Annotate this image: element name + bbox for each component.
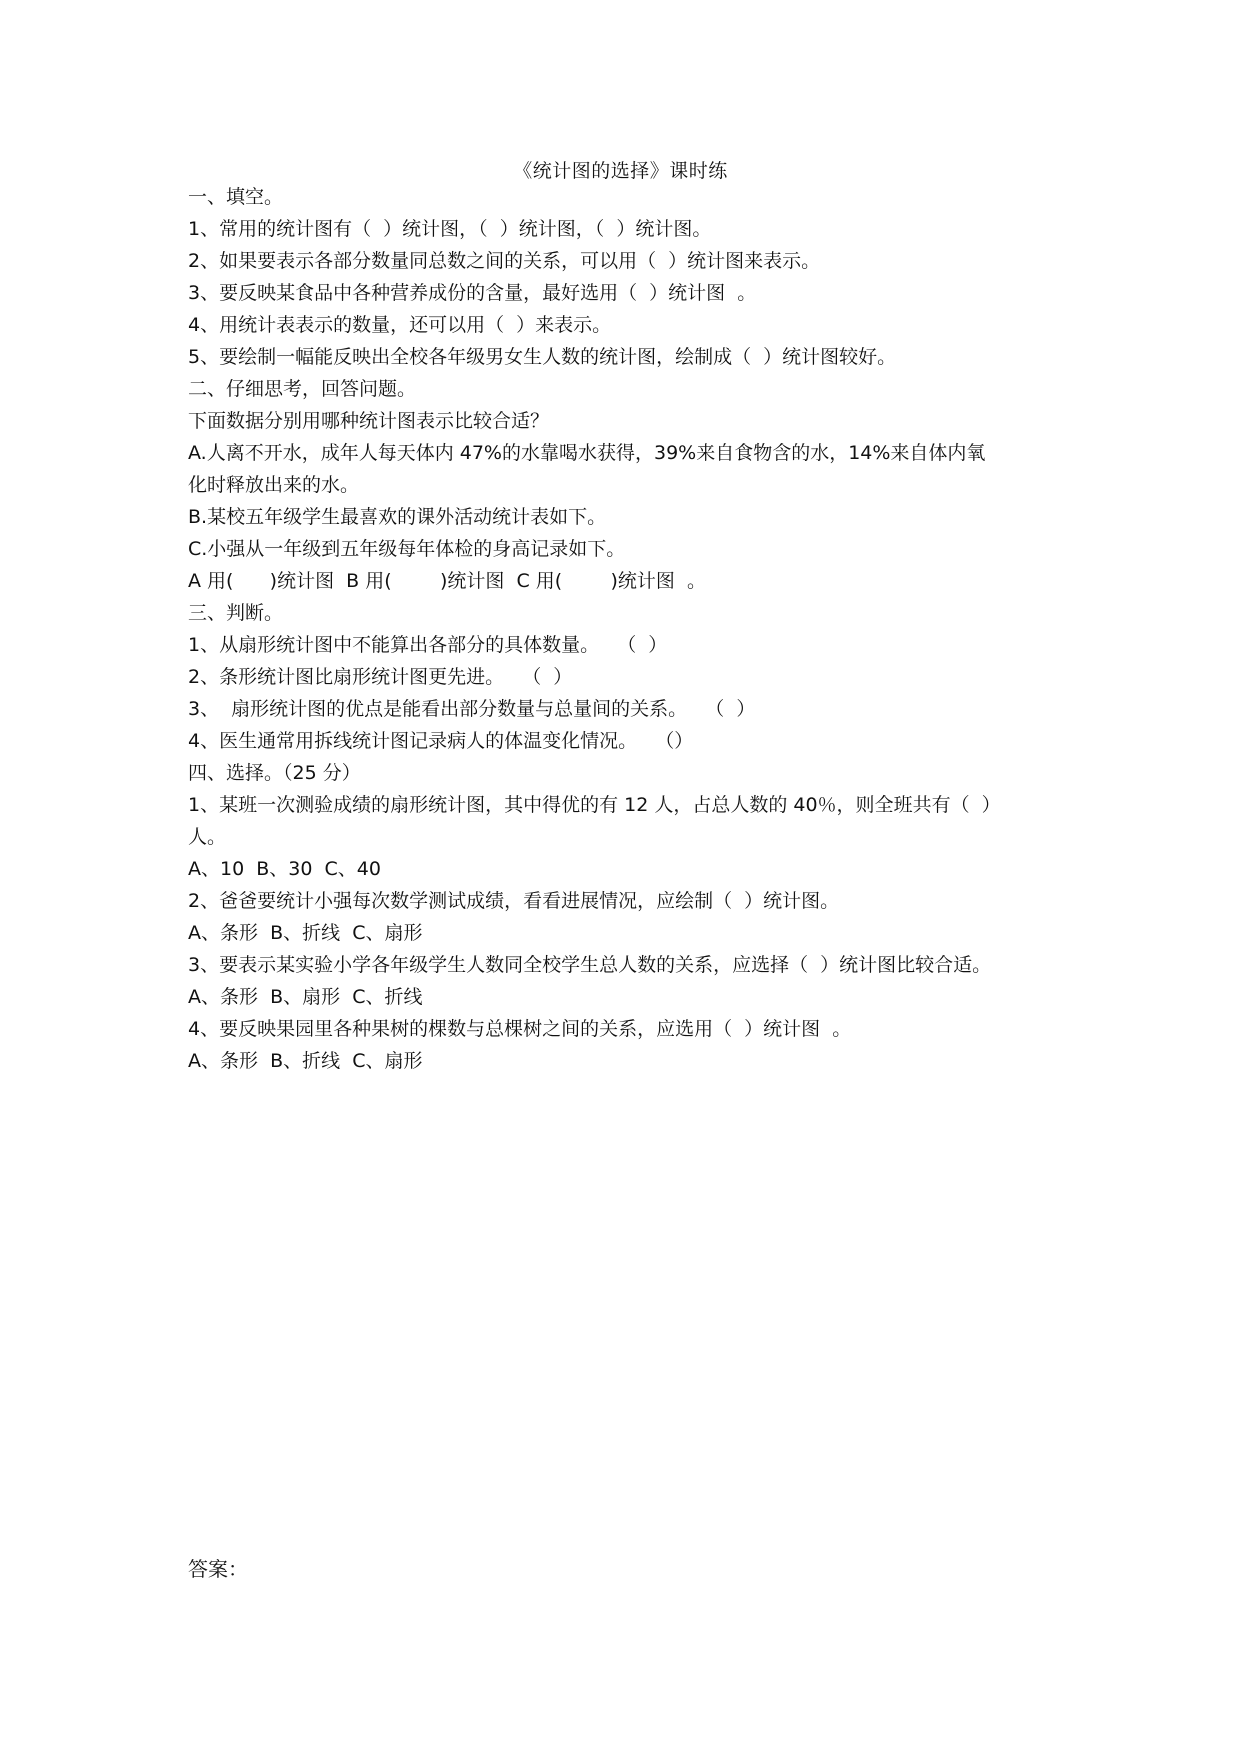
- answer-blanks-line: A 用( )统计图 B 用( )统计图 C 用( )统计图 。: [188, 568, 706, 594]
- choice-item-3: 3、要表示某实验小学各年级学生人数同全校学生总人数的关系，应选择（ ）统计图比较…: [188, 952, 991, 978]
- choice-item-2: 2、爸爸要统计小强每次数学测试成绩，看看进展情况，应绘制（ ）统计图。: [188, 888, 839, 914]
- choice-item-1-line-2: 人。: [188, 824, 226, 850]
- title-text: 《统计图的选择》课时练: [513, 156, 728, 183]
- fill-blank-item-4: 4、用统计表表示的数量，还可以用（ ）来表示。: [188, 312, 611, 338]
- document-page: 《统计图的选择》课时练 一、填空。 1、常用的统计图有（ ）统计图，（ ）统计图…: [0, 0, 1241, 1754]
- judge-item-1: 1、从扇形统计图中不能算出各部分的具体数量。 （ ）: [188, 632, 667, 658]
- fill-blank-item-1: 1、常用的统计图有（ ）统计图，（ ）统计图，（ ）统计图。: [188, 216, 711, 242]
- page-title: 《统计图的选择》课时练: [0, 156, 1241, 183]
- choice-item-1-options: A、10 B、30 C、40: [188, 856, 381, 882]
- question-a-line-1: A.人离不开水，成年人每天体内 47%的水靠喝水获得，39%来自食物含的水，14…: [188, 440, 985, 466]
- fill-blank-item-2: 2、如果要表示各部分数量同总数之间的关系，可以用（ ）统计图来表示。: [188, 248, 820, 274]
- answer-label: 答案：: [188, 1553, 248, 1582]
- section-4-heading: 四、选择。（25 分）: [188, 760, 361, 786]
- section-3-heading: 三、判断。: [188, 600, 283, 626]
- choice-item-4: 4、要反映果园里各种果树的棵数与总棵树之间的关系，应选用（ ）统计图 。: [188, 1016, 851, 1042]
- judge-item-4: 4、医生通常用拆线统计图记录病人的体温变化情况。 （）: [188, 728, 693, 754]
- fill-blank-item-5: 5、要绘制一幅能反映出全校各年级男女生人数的统计图，绘制成（ ）统计图较好。: [188, 344, 896, 370]
- question-intro: 下面数据分别用哪种统计图表示比较合适？: [188, 408, 549, 434]
- question-b: B.某校五年级学生最喜欢的课外活动统计表如下。: [188, 504, 606, 530]
- choice-item-4-options: A、条形 B、折线 C、扇形: [188, 1048, 422, 1074]
- judge-item-3: 3、 扇形统计图的优点是能看出部分数量与总量间的关系。 （ ）: [188, 696, 755, 722]
- section-1-heading: 一、填空。: [188, 184, 283, 210]
- choice-item-3-options: A、条形 B、扇形 C、折线: [188, 984, 422, 1010]
- choice-item-2-options: A、条形 B、折线 C、扇形: [188, 920, 422, 946]
- question-a-line-2: 化时释放出来的水。: [188, 472, 359, 498]
- fill-blank-item-3: 3、要反映某食品中各种营养成份的含量，最好选用（ ）统计图 。: [188, 280, 756, 306]
- section-2-heading: 二、仔细思考，回答问题。: [188, 376, 416, 402]
- question-c: C.小强从一年级到五年级每年体检的身高记录如下。: [188, 536, 625, 562]
- judge-item-2: 2、条形统计图比扇形统计图更先进。 （ ）: [188, 664, 572, 690]
- choice-item-1-line-1: 1、某班一次测验成绩的扇形统计图，其中得优的有 12 人，占总人数的 40％，则…: [188, 792, 1001, 818]
